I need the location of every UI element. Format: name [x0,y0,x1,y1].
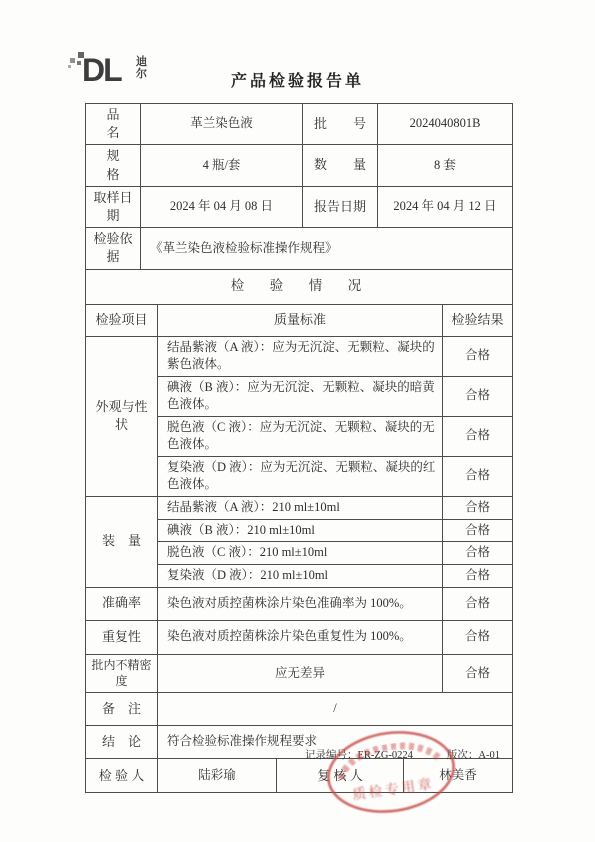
standard-cell: 染色液对质控菌株涂片染色重复性为 100%。 [158,620,443,654]
header-row: 检验项目 质量标准 检验结果 [86,304,513,336]
volume-item-label: 装 量 [86,496,158,587]
repeatability-item-label: 重复性 [86,620,158,654]
batch-no-value: 2024040801B [378,104,513,145]
table-row: 规 格 4 瓶/套 数 量 8 套 [86,145,513,186]
sampling-date-value: 2024 年 04 月 08 日 [141,186,303,227]
record-footer: 记录编号：ER-ZG-0224 版次：A-01 [305,747,500,762]
spec-label: 规 格 [86,145,141,186]
result-cell: 合格 [443,519,513,542]
quantity-value: 8 套 [378,145,513,186]
signature-table: 检 验 人 陆彩瑜 复 核 人 林美香 [85,758,513,793]
table-row: 外观与性状 结晶紫液（A 液）：应为无沉淀、无颗粒、凝块的紫色液体。 合格 [86,336,513,376]
sampling-date-label: 取样日期 [86,186,141,227]
report-tables: 品 名 革兰染色液 批 号 2024040801B 规 格 4 瓶/套 数 量 … [85,103,512,793]
result-cell: 合格 [443,620,513,654]
results-table: 检 验 情 况 检验项目 质量标准 检验结果 外观与性状 结晶紫液（A 液）：应… [85,269,513,760]
standard-cell: 复染液（D 液）：210 ml±10ml [158,565,443,588]
standard-cell: 结晶紫液（A 液）：210 ml±10ml [158,496,443,519]
result-cell: 合格 [443,336,513,376]
standard-cell: 脱色液（C 液）：210 ml±10ml [158,542,443,565]
signature-row: 检 验 人 陆彩瑜 复 核 人 林美香 [86,759,513,793]
col-header-item: 检验项目 [86,304,158,336]
reviewer-label: 复 核 人 [277,759,404,793]
remark-row: 备 注 / [86,693,513,726]
result-cell: 合格 [443,654,513,693]
record-number: 记录编号：ER-ZG-0224 [305,747,413,762]
standard-cell: 结晶紫液（A 液）：应为无沉淀、无颗粒、凝块的紫色液体。 [158,336,443,376]
table-row: 检验依据 《革兰染色液检验标准操作规程》 [86,228,513,269]
result-cell: 合格 [443,496,513,519]
remark-label: 备 注 [86,693,158,726]
section-title: 检 验 情 况 [86,269,513,304]
basis-label: 检验依据 [86,228,141,269]
section-banner-row: 检 验 情 况 [86,269,513,304]
remark-value: / [158,693,513,726]
imprecision-item-label: 批内不精密度 [86,654,158,693]
reviewer-name: 林美香 [404,759,513,793]
table-row: 重复性 染色液对质控菌株涂片染色重复性为 100%。 合格 [86,620,513,654]
standard-cell: 复染液（D 液）：应为无沉淀、无颗粒、凝块的红色液体。 [158,456,443,496]
conclusion-label: 结 论 [86,726,158,759]
result-cell: 合格 [443,565,513,588]
appearance-item-label: 外观与性状 [86,336,158,496]
page-title: 产品检验报告单 [0,68,595,91]
result-cell: 合格 [443,456,513,496]
col-header-standard: 质量标准 [158,304,443,336]
inspector-name: 陆彩瑜 [158,759,277,793]
spec-value: 4 瓶/套 [141,145,303,186]
col-header-result: 检验结果 [443,304,513,336]
result-cell: 合格 [443,542,513,565]
standard-cell: 碘液（B 液）：210 ml±10ml [158,519,443,542]
basis-value: 《革兰染色液检验标准操作规程》 [141,228,513,269]
inspector-label: 检 验 人 [86,759,158,793]
table-row: 批内不精密度 应无差异 合格 [86,654,513,693]
product-name-label: 品 名 [86,104,141,145]
info-table: 品 名 革兰染色液 批 号 2024040801B 规 格 4 瓶/套 数 量 … [85,103,513,270]
standard-cell: 碘液（B 液）：应为无沉淀、无颗粒、凝块的暗黄色液体。 [158,376,443,416]
report-page: DL 迪 尔 产品检验报告单 品 名 革兰染色液 批 号 2024040801B… [0,0,595,842]
table-row: 取样日期 2024 年 04 月 08 日 报告日期 2024 年 04 月 1… [86,186,513,227]
batch-no-label: 批 号 [303,104,378,145]
logo-cn-top: 迪 [136,56,147,68]
table-row: 准确率 染色液对质控菌株涂片染色准确率为 100%。 合格 [86,587,513,620]
standard-cell: 染色液对质控菌株涂片染色准确率为 100%。 [158,587,443,620]
accuracy-item-label: 准确率 [86,587,158,620]
result-cell: 合格 [443,376,513,416]
standard-cell: 应无差异 [158,654,443,693]
quantity-label: 数 量 [303,145,378,186]
report-date-value: 2024 年 04 月 12 日 [378,186,513,227]
result-cell: 合格 [443,587,513,620]
version-number: 版次：A-01 [447,747,500,762]
standard-cell: 脱色液（C 液）：应为无沉淀、无颗粒、凝块的无色液体。 [158,416,443,456]
table-row: 品 名 革兰染色液 批 号 2024040801B [86,104,513,145]
report-date-label: 报告日期 [303,186,378,227]
result-cell: 合格 [443,416,513,456]
product-name-value: 革兰染色液 [141,104,303,145]
table-row: 装 量 结晶紫液（A 液）：210 ml±10ml 合格 [86,496,513,519]
